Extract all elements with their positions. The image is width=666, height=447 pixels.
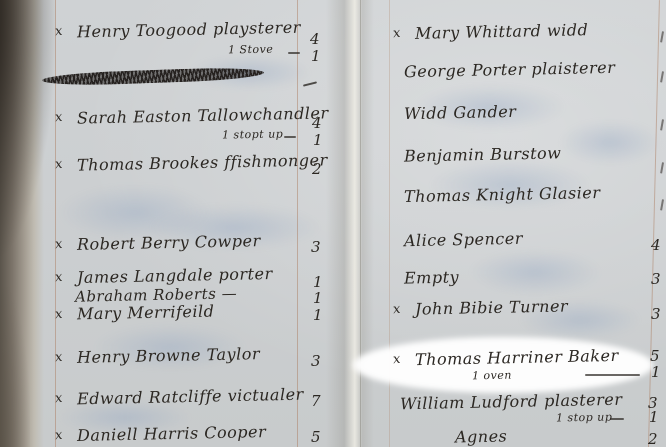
entry-name: George Porter plaisterer <box>404 58 616 81</box>
entry-name: Mary Whittard widd <box>415 20 589 43</box>
entry-name: Benjamin Burstow <box>404 143 562 165</box>
hearth-number: 2 <box>648 430 658 447</box>
entry-name: James Langdale porter <box>77 264 273 287</box>
register-entry-highlighted: x Thomas Harriner Baker <box>393 348 619 367</box>
x-mark: x <box>54 110 63 126</box>
register-entry: x Henry Browne Taylor <box>55 346 260 365</box>
marginal-tick <box>303 81 317 86</box>
hearth-number: 1 <box>313 306 323 324</box>
entry-name: Mary Merrifeild <box>77 302 215 324</box>
register-scan: x Henry Toogood playsterer 1 Stove 4 1 x… <box>0 0 666 447</box>
cutoff-number-fragment <box>660 162 666 174</box>
hearth-number: 1 <box>651 363 661 381</box>
entry-name: Agnes <box>455 426 508 446</box>
entry-name: Alice Spencer <box>404 229 523 250</box>
x-mark: x <box>54 270 63 286</box>
cutoff-number-fragment <box>660 119 666 131</box>
entry-name: Sarah Easton Tallowchandler <box>77 103 329 127</box>
hearth-number: 1 <box>311 47 321 65</box>
hearth-number: 5 <box>311 428 321 446</box>
register-entry: x Sarah Easton Tallowchandler <box>55 106 329 125</box>
cutoff-number-fragment <box>660 71 666 83</box>
x-mark: x <box>392 352 401 368</box>
cutoff-number-fragment <box>660 31 666 43</box>
cutoff-number-fragment <box>660 199 666 211</box>
register-entry: x Edward Ratcliffe victualer <box>55 387 304 406</box>
entry-name: John Bibie Turner <box>415 296 568 318</box>
ink-dash <box>284 136 296 138</box>
hearth-number: 1 <box>649 408 659 426</box>
ink-dash <box>585 374 640 376</box>
entry-name: Thomas Harriner Baker <box>415 346 619 369</box>
hearth-number: 3 <box>651 305 661 323</box>
showthrough-blot <box>470 250 600 295</box>
hearth-number: 3 <box>311 352 321 370</box>
register-entry: Widd Gander <box>404 103 516 122</box>
gutter-crease <box>360 0 361 447</box>
showthrough-blot <box>560 120 660 165</box>
entry-note: 1 stop up <box>556 411 613 425</box>
ink-dash <box>288 52 300 54</box>
entry-name: Widd Gander <box>404 102 517 123</box>
left-page-margin-rule <box>55 0 56 447</box>
x-mark: x <box>54 307 63 323</box>
register-entry: x Robert Berry Cowper <box>55 233 261 252</box>
entry-name: Robert Berry Cowper <box>77 231 261 254</box>
x-mark: x <box>54 350 63 366</box>
entry-name: Thomas Knight Glasier <box>404 183 601 206</box>
entry-name: Henry Browne Taylor <box>77 344 260 367</box>
register-entry: Benjamin Burstow <box>404 145 561 164</box>
hearth-number: 7 <box>311 392 321 410</box>
book-gutter <box>326 0 374 447</box>
x-mark: x <box>54 237 63 253</box>
hearth-number: 1 <box>313 289 323 307</box>
hearth-number: 1 <box>313 131 323 149</box>
hearth-number: 4 <box>310 30 320 48</box>
entry-name: Edward Ratcliffe victualer <box>77 385 304 409</box>
entry-name: Daniell Harris Cooper <box>77 422 267 445</box>
register-entry: Alice Spencer <box>404 230 523 249</box>
x-mark: x <box>392 302 401 318</box>
entry-name: Thomas Brookes ffishmonger <box>77 150 328 174</box>
hearth-number: 2 <box>312 160 322 178</box>
x-mark: x <box>54 428 63 444</box>
register-entry: x Thomas Brookes ffishmonger <box>55 153 328 172</box>
register-entry: George Porter plaisterer <box>404 60 615 79</box>
entry-name: Henry Toogood playsterer <box>77 18 301 42</box>
entry-note: 1 Stove <box>228 43 274 57</box>
register-entry: x John Bibie Turner <box>393 298 569 317</box>
entry-note: 1 stopt up <box>222 127 283 141</box>
hearth-number: 4 <box>651 236 661 254</box>
hearth-number: 4 <box>312 114 322 132</box>
hearth-number: 3 <box>311 238 321 256</box>
hearth-number: 3 <box>651 270 661 288</box>
left-page-number-rule <box>297 0 298 447</box>
entry-name: Empty <box>404 267 459 287</box>
entry-name: William Ludford plasterer <box>400 390 623 414</box>
register-entry: x Henry Toogood playsterer <box>55 20 301 39</box>
register-entry: Thomas Knight Glasier <box>404 185 600 204</box>
register-entry: Empty <box>404 268 459 287</box>
register-entry: Agnes <box>455 427 507 446</box>
register-entry: x Mary Whittard widd <box>393 22 589 41</box>
x-mark: x <box>392 26 401 42</box>
x-mark: x <box>54 391 63 407</box>
x-mark: x <box>54 24 63 40</box>
page-curl-shadow <box>0 0 56 260</box>
register-entry: William Ludford plasterer <box>400 392 622 411</box>
ink-dash <box>610 418 624 420</box>
x-mark: x <box>54 157 63 173</box>
entry-note: 1 oven <box>472 369 512 383</box>
page-edge-shadow <box>0 287 30 447</box>
register-entry: x James Langdale porter <box>55 266 273 285</box>
register-entry: x Daniell Harris Cooper <box>55 424 267 443</box>
register-entry: x Mary Merrifeild <box>55 303 215 322</box>
